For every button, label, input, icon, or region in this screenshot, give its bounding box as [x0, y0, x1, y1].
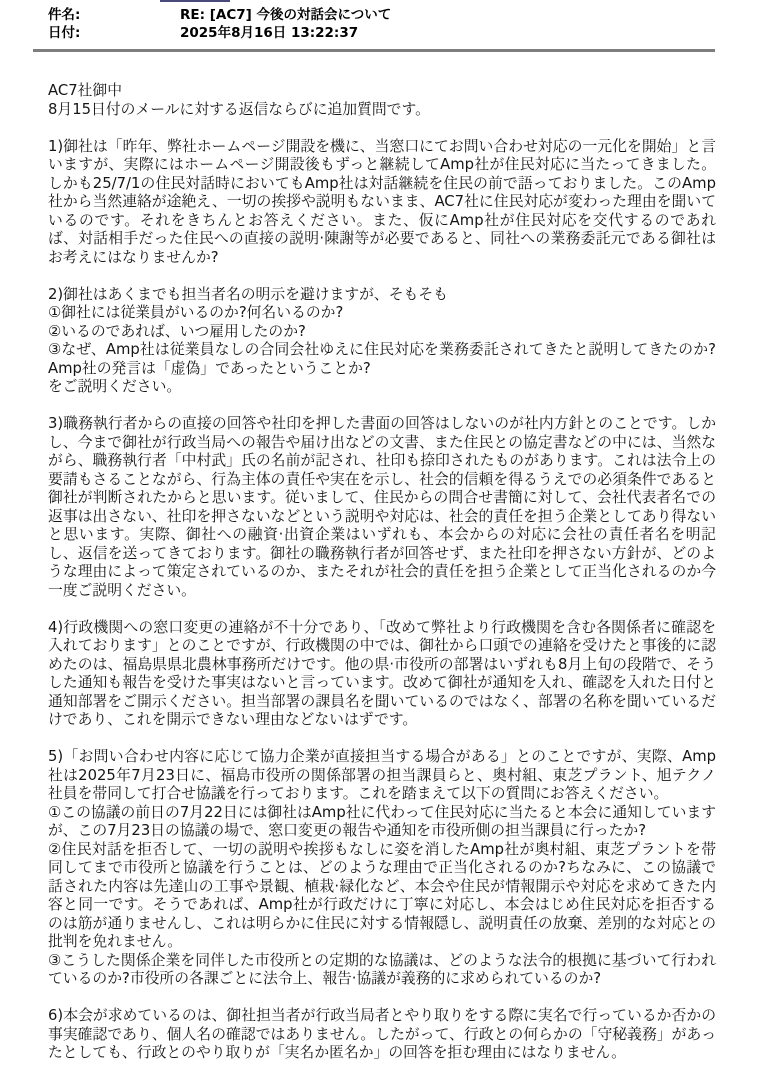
paragraph-1: 1)御社は「昨年、弊社ホームページ開設を機に、当窓口にてお問い合わせ対応の一元化…: [48, 138, 716, 268]
subject-value: RE: [AC7] 今後の対話会について: [180, 6, 715, 24]
email-body: AC7社御中 8月15日付のメールに対する返信ならびに追加質問です。 1)御社は…: [0, 82, 760, 1083]
salutation: AC7社御中: [48, 82, 716, 101]
paragraph-5: 5)「お問い合わせ内容に応じて協力企業が直接担当する場合がある」とのことですが、…: [48, 748, 716, 989]
paragraph-2: 2)御社はあくまでも担当者名の明示を避けますが、そもそも ①御社には従業員がいる…: [48, 286, 716, 397]
email-header: 件名: RE: [AC7] 今後の対話会について 日付: 2025年8月16日 …: [0, 0, 760, 42]
paragraph-4: 4)行政機関への窓口変更の連絡が不十分であり、「改めて弊社より行政機関を含む各関…: [48, 619, 716, 730]
email-document: 件名: RE: [AC7] 今後の対話会について 日付: 2025年8月16日 …: [0, 0, 760, 1083]
date-label: 日付:: [48, 24, 180, 42]
paragraph-3: 3)職務執行者からの直接の回答や社印を押した書面の回答はしないのが社内方針とのこ…: [48, 415, 716, 600]
intro-line: 8月15日付のメールに対する返信ならびに追加質問です。: [48, 101, 716, 120]
date-row: 日付: 2025年8月16日 13:22:37: [48, 24, 715, 42]
subject-label: 件名:: [48, 6, 180, 24]
header-divider: [33, 49, 715, 52]
paragraph-6: 6)本会が求めているのは、御社担当者が行政当局者とやり取りをする際に実名で行って…: [48, 1007, 716, 1063]
date-value: 2025年8月16日 13:22:37: [180, 24, 715, 42]
subject-row: 件名: RE: [AC7] 今後の対話会について: [48, 6, 715, 24]
truncated-link-underline[interactable]: [160, 0, 230, 2]
